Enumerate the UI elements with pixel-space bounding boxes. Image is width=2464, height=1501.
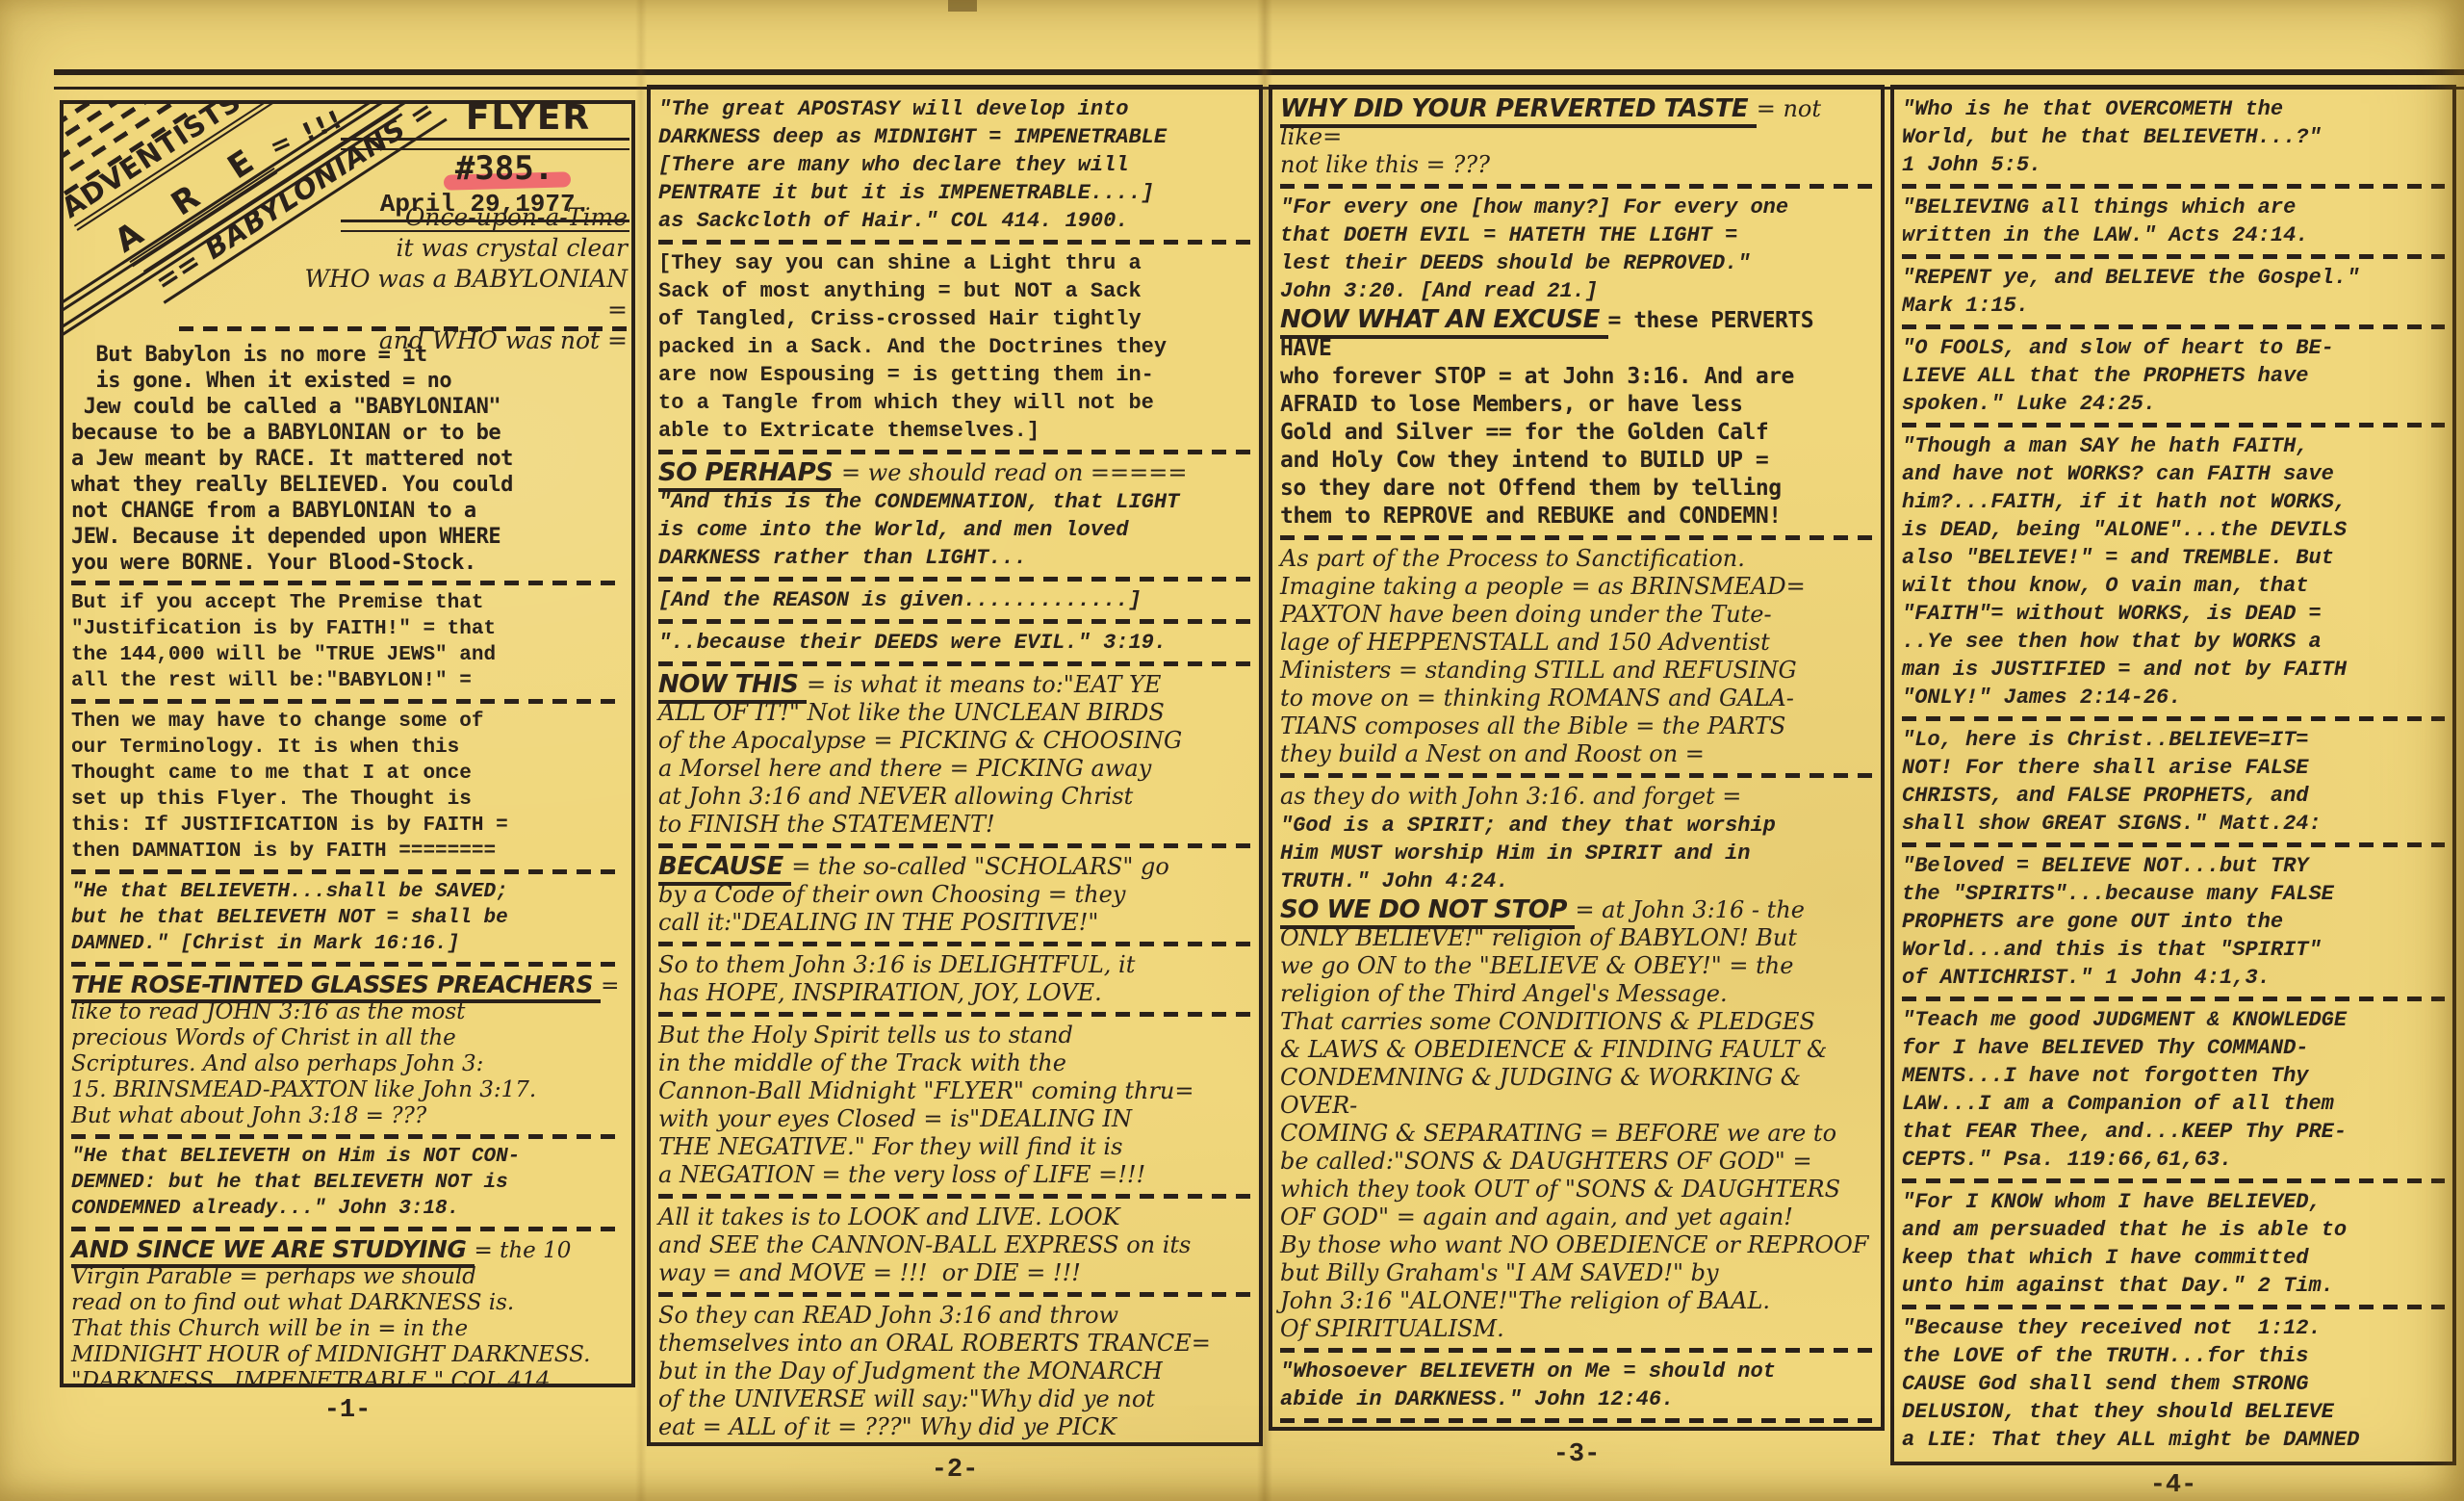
- page-number-2: -2-: [647, 1456, 1263, 1485]
- dashed-separator: [658, 240, 1251, 245]
- column-4-body: "Who is he that OVERCOMETH the World, bu…: [1894, 89, 2452, 1459]
- text-block: THE ROSE-TINTED GLASSES PREACHERS = like…: [71, 971, 624, 1129]
- dashed-separator: [1902, 184, 2445, 189]
- column-2-body: "The great APOSTASY will develop into DA…: [651, 89, 1259, 1446]
- text-block: So to them John 3:16 is DELIGHTFUL, it h…: [658, 951, 1251, 1007]
- dashed-separator: [1902, 1178, 2445, 1183]
- text-block: "God is a SPIRIT; and they that worship …: [1280, 812, 1873, 895]
- text-block: "Who is he that OVERCOMETH the World, bu…: [1902, 95, 2445, 179]
- column-2: "The great APOSTASY will develop into DA…: [647, 85, 1263, 1446]
- dashed-separator: [1280, 1418, 1873, 1423]
- dashed-separator: [1902, 842, 2445, 847]
- text-block: NOW THIS = is what it means to:"EAT YE A…: [658, 671, 1251, 839]
- dashed-separator: [658, 1194, 1251, 1199]
- dashed-separator: [658, 1292, 1251, 1297]
- dashed-separator: [71, 1134, 624, 1139]
- text-block: as they do with John 3:16. and forget =: [1280, 783, 1873, 811]
- text-block: "O FOOLS, and slow of heart to BE- LIEVE…: [1902, 334, 2445, 418]
- text-block: "BELIEVING all things which are written …: [1902, 194, 2445, 249]
- dashed-separator: [658, 619, 1251, 624]
- text-block: "Though a man SAY he hath FAITH, and hav…: [1902, 432, 2445, 712]
- dashed-separator: [1902, 996, 2445, 1001]
- dashed-separator: [71, 699, 624, 704]
- dashed-separator: [658, 661, 1251, 666]
- section-heading: SO WE DO NOT STOP: [1280, 895, 1575, 929]
- text-block: "Lo, here is Christ..BELIEVE=IT= NOT! Fo…: [1902, 726, 2445, 838]
- flyer-title: FLYER: [341, 100, 629, 137]
- dashed-separator: [658, 577, 1251, 582]
- red-highlight: #385.: [451, 151, 557, 186]
- page-number-1: -1-: [60, 1396, 635, 1425]
- text-block: "He that BELIEVETH on Him is NOT CON- DE…: [71, 1144, 624, 1222]
- dashed-separator: [1902, 716, 2445, 721]
- text-block: But if you accept The Premise that "Just…: [71, 590, 624, 694]
- dashed-separator: [1280, 184, 1873, 189]
- dashed-separator: [1902, 324, 2445, 329]
- page-number-3: -3-: [1269, 1440, 1885, 1469]
- dashed-separator: [658, 843, 1251, 848]
- flyer-number: #385.: [341, 151, 629, 186]
- dashed-separator: [1902, 423, 2445, 427]
- column-3: WHY DID YOUR PERVERTED TASTE = not like=…: [1269, 85, 1885, 1431]
- text-block: "Teach me good JUDGMENT & KNOWLEDGE for …: [1902, 1006, 2445, 1174]
- dashed-separator: [658, 450, 1251, 454]
- dashed-separator: [1280, 773, 1873, 778]
- column-4: "Who is he that OVERCOMETH the World, bu…: [1890, 85, 2456, 1465]
- text-block: But Babylon is no more = it is gone. Whe…: [71, 342, 624, 576]
- section-heading: SO PERHAPS: [658, 458, 841, 492]
- section-heading: NOW THIS: [658, 670, 807, 704]
- dashed-separator: [71, 869, 624, 874]
- text-block: SO PERHAPS = we should read on =====: [658, 459, 1251, 487]
- dashed-separator: [1280, 535, 1873, 540]
- text-block: "And this is the CONDEMNATION, that LIGH…: [658, 488, 1251, 572]
- masthead: ADVENTISTS+== A R E == BABYLONIANS = = !…: [64, 104, 631, 333]
- text-block: "He that BELIEVETH...shall be SAVED; but…: [71, 879, 624, 957]
- section-heading: WHY DID YOUR PERVERTED TASTE: [1280, 94, 1757, 128]
- text-block: "REPENT ye, and BELIEVE the Gospel." Mar…: [1902, 264, 2445, 320]
- text-block: "For I KNOW whom I have BELIEVED, and am…: [1902, 1188, 2445, 1300]
- intro-script: Once-upon-a-Time it was crystal clear WH…: [281, 202, 628, 356]
- text-block: [And the REASON is given.............]: [658, 586, 1251, 614]
- text-block: "Beloved = BELIEVE NOT...but TRY the "SP…: [1902, 852, 2445, 992]
- text-block: [They say you can shine a Light thru a S…: [658, 249, 1251, 445]
- column-1-body: But Babylon is no more = it is gone. Whe…: [64, 335, 631, 1387]
- text-block: "The great APOSTASY will develop into DA…: [658, 95, 1251, 235]
- column-1: ADVENTISTS+== A R E == BABYLONIANS = = !…: [60, 100, 635, 1387]
- dashed-separator: [71, 962, 624, 967]
- fold-mark: [948, 0, 977, 12]
- text-block: "He that BELIEVETH on Me = the WORKS tha…: [1280, 1428, 1873, 1431]
- text-block: "Whosoever BELIEVETH on Me = should not …: [1280, 1358, 1873, 1413]
- text-block: "For every one [how many?] For every one…: [1280, 194, 1873, 305]
- scanned-flyer-page: ADVENTISTS+== A R E == BABYLONIANS = = !…: [0, 0, 2464, 1501]
- section-heading: AND SINCE WE ARE STUDYING: [71, 1235, 475, 1268]
- section-heading: NOW WHAT AN EXCUSE: [1280, 305, 1608, 339]
- dashed-separator: [1280, 1348, 1873, 1353]
- column-3-body: WHY DID YOUR PERVERTED TASTE = not like=…: [1272, 89, 1881, 1431]
- dashed-separator: [658, 1012, 1251, 1017]
- text-block: SO WE DO NOT STOP = at John 3:16 - the O…: [1280, 896, 1873, 1343]
- text-block: Then we may have to change some of our T…: [71, 709, 624, 865]
- column-gap-crease: [635, 0, 647, 1501]
- text-block: As part of the Process to Sanctification…: [1280, 545, 1873, 768]
- section-heading: BECAUSE: [658, 852, 791, 886]
- text-block: But the Holy Spirit tells us to stand in…: [658, 1022, 1251, 1189]
- text-block: "Because they received not 1:12. the LOV…: [1902, 1314, 2445, 1454]
- section-heading: THE ROSE-TINTED GLASSES PREACHERS: [71, 970, 601, 1003]
- text-block: WHY DID YOUR PERVERTED TASTE = not like=…: [1280, 95, 1873, 179]
- dashed-separator: [658, 942, 1251, 946]
- dashed-separator: [1902, 254, 2445, 259]
- dashed-separator: [1902, 1305, 2445, 1309]
- dashed-separator: [71, 581, 624, 585]
- text-block: NOW WHAT AN EXCUSE = these PERVERTS HAVE…: [1280, 306, 1873, 531]
- page-number-4: -4-: [1890, 1471, 2456, 1500]
- text-block: BECAUSE = the so-called "SCHOLARS" go by…: [658, 853, 1251, 937]
- text-block: So they can READ John 3:16 and throw the…: [658, 1302, 1251, 1446]
- text-block: "..because their DEEDS were EVIL." 3:19.: [658, 629, 1251, 657]
- dashed-separator: [179, 326, 631, 331]
- text-block: All it takes is to LOOK and LIVE. LOOK a…: [658, 1203, 1251, 1287]
- dashed-separator: [71, 1227, 624, 1231]
- text-block: AND SINCE WE ARE STUDYING = the 10 Virgi…: [71, 1236, 624, 1387]
